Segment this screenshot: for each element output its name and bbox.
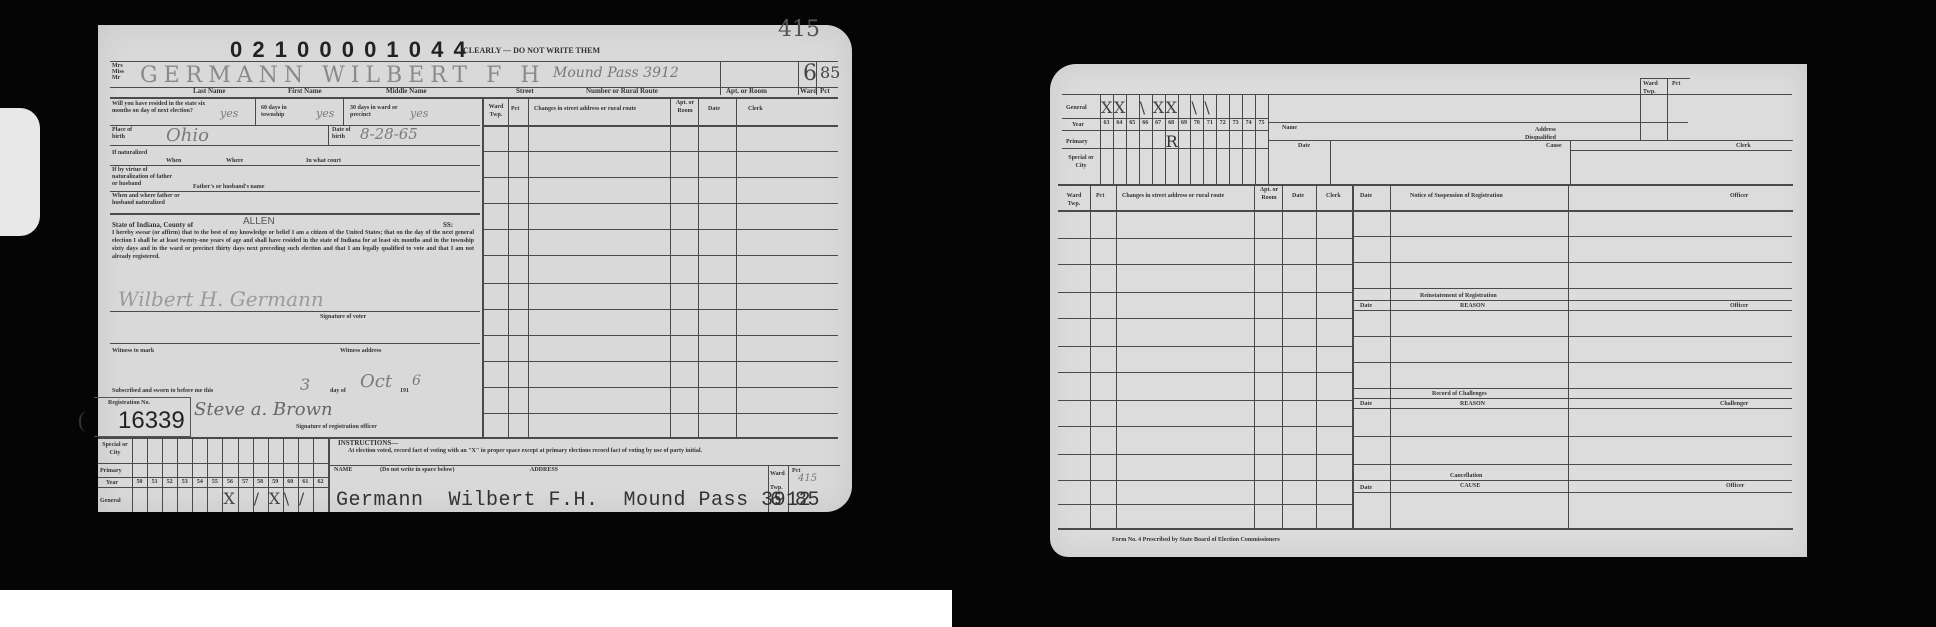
challenges-date: Date xyxy=(1360,400,1372,408)
vote-mark: \ xyxy=(284,489,289,508)
year-label: 73 xyxy=(1229,120,1242,126)
back-ward-twp-label: Ward Twp. xyxy=(1643,80,1665,96)
vote-row-year: Year xyxy=(106,479,118,487)
corner-note: 415 xyxy=(778,17,820,42)
voter-signature-label: Signature of voter xyxy=(320,313,366,321)
witness-address-label: Witness address xyxy=(340,347,381,355)
year-label: 50 xyxy=(132,479,147,485)
year-label: 60 xyxy=(283,479,298,485)
residency-q1-answer: yes xyxy=(220,107,238,120)
sworn-day: 3 xyxy=(300,375,310,394)
pct-handwritten: 85 xyxy=(820,63,840,82)
back-row-primary: Primary xyxy=(1066,138,1088,146)
name-handwritten: GERMANN WILBERT F H xyxy=(140,63,546,88)
year-label: 68 xyxy=(1165,120,1178,126)
residency-q3-label: 30 days in ward or precinct xyxy=(350,105,410,119)
vote-mark: \ xyxy=(1204,98,1209,117)
naturalized-court: In what court xyxy=(306,157,341,165)
year-label: 52 xyxy=(162,479,177,485)
registration-no-label: Registration No. xyxy=(108,399,150,407)
naturalized-when: When xyxy=(166,157,181,165)
sworn-month: Oct xyxy=(360,371,392,392)
title-labels: MrsMissMr xyxy=(112,63,124,81)
year-label: 65 xyxy=(1126,120,1139,126)
year-label: 55 xyxy=(207,479,222,485)
back-change-address: Changes in street address or rural route xyxy=(1122,192,1224,200)
vote-mark: X xyxy=(269,489,280,508)
reinstatement-date: Date xyxy=(1360,302,1372,310)
year-label: 51 xyxy=(147,479,162,485)
white-panel-bottom xyxy=(0,590,952,627)
cancellation-cause: CAUSE xyxy=(1460,482,1480,490)
back-name-label: Name xyxy=(1282,124,1297,132)
officer-signature: Steve a. Brown xyxy=(194,399,333,420)
back-date-label: Date xyxy=(1298,142,1310,150)
reinstatement-reason: REASON xyxy=(1460,302,1485,310)
year-label: 67 xyxy=(1152,120,1165,126)
change-header-pct: Pct xyxy=(511,105,519,113)
instructions-text: At election voted, record fact of voting… xyxy=(348,447,778,455)
back-change-ward: Ward Twp. xyxy=(1062,192,1086,208)
grid-divider xyxy=(1126,94,1127,184)
back-change-date: Date xyxy=(1292,192,1304,200)
col-apt: Apt. or Room xyxy=(726,87,767,95)
challenges-challenger: Challenger xyxy=(1720,400,1748,408)
vote-row-special: Special or City xyxy=(100,441,130,457)
grid-divider xyxy=(1229,94,1230,184)
year-label: 66 xyxy=(1139,120,1152,126)
vote-mark: \ xyxy=(1140,98,1145,117)
vote-mark: / xyxy=(299,489,304,508)
vote-row-primary: Primary xyxy=(100,467,122,475)
challenges-title: Record of Challenges xyxy=(1432,390,1487,398)
when-where-label: When and where father or husband natural… xyxy=(112,193,182,207)
grid-divider xyxy=(313,437,314,512)
year-label: 71 xyxy=(1203,120,1216,126)
residency-q3-answer: yes xyxy=(410,107,428,120)
back-pct-label: Pct xyxy=(1672,80,1680,88)
grid-divider xyxy=(192,437,193,512)
year-label: 57 xyxy=(238,479,253,485)
year-label: 69 xyxy=(1178,120,1191,126)
grid-divider xyxy=(1216,94,1217,184)
col-middle-name: Middle Name xyxy=(386,87,427,95)
address-handwritten: Mound Pass 3912 xyxy=(553,65,679,81)
vote-mark: / xyxy=(254,489,259,508)
ward-handwritten: 6 xyxy=(803,61,817,86)
serial-number: 0 2 1 0 0 0 0 1 0 4 4 xyxy=(230,37,468,63)
back-row-general: General xyxy=(1066,104,1087,112)
cancellation-officer: Officer xyxy=(1726,482,1744,490)
grid-divider xyxy=(207,437,208,512)
vote-mark: \ xyxy=(1191,98,1196,117)
change-header-address: Changes in street address or rural route xyxy=(534,105,636,113)
bottom-pct-handwritten: 415 xyxy=(798,473,817,484)
grid-divider xyxy=(1242,94,1243,184)
cancellation-date: Date xyxy=(1360,484,1372,492)
form-footer: Form No. 4 Prescribed by State Board of … xyxy=(1112,536,1280,544)
back-address-label: Address xyxy=(1535,126,1556,134)
dob: 8-28-65 xyxy=(360,125,418,143)
father-name-label: Father's or husband's name xyxy=(193,183,264,191)
year-suffix: 6 xyxy=(412,373,421,389)
place-of-birth-label: Place of birth xyxy=(112,127,142,141)
registration-card-front: 0 2 1 0 0 0 0 1 0 4 4 CLEARLY — DO NOT W… xyxy=(98,25,852,512)
change-header-ward: Ward Twp. xyxy=(486,103,506,119)
back-change-pct: Pct xyxy=(1096,192,1104,200)
cancellation-title: Cancellation xyxy=(1450,472,1482,480)
col-number: Number or Rural Route xyxy=(586,87,658,95)
registration-box: Registration No. 16339 xyxy=(94,397,191,437)
year-prefix: 191 xyxy=(400,387,409,395)
residency-q2-label: 60 days in township xyxy=(261,105,311,119)
grid-divider xyxy=(162,437,163,512)
back-vote-grid: 63X64X6566\67X68XR6970\71\72737475 xyxy=(1100,94,1268,184)
suspension-officer: Officer xyxy=(1730,192,1748,200)
voter-signature: Wilbert H. Germann xyxy=(118,287,324,311)
reinstatement-title: Reinstatement of Registration xyxy=(1420,292,1497,300)
instructions-title: INSTRUCTIONS— xyxy=(338,439,398,447)
front-vote-grid: 50515253545556X5758/59X60\61/62 xyxy=(132,437,328,512)
typed-name-address: Germann Wilbert F.H. Mound Pass 3912 xyxy=(336,489,811,512)
vote-row-general: General xyxy=(100,497,121,505)
year-label: 63 xyxy=(1100,120,1113,126)
bottom-address-label: ADDRESS xyxy=(530,466,558,474)
col-street: Street xyxy=(516,87,534,95)
residency-q1-label: Will you have resided in the state six m… xyxy=(112,101,212,115)
change-header-date: Date xyxy=(708,105,720,113)
year-label: 59 xyxy=(268,479,283,485)
challenges-reason: REASON xyxy=(1460,400,1485,408)
county: ALLEN xyxy=(243,216,275,227)
place-of-birth: Ohio xyxy=(166,125,209,146)
bottom-name-label: NAME xyxy=(334,466,352,474)
dob-label: Date of birth xyxy=(332,127,358,141)
oath-ss: SS: xyxy=(443,221,453,229)
grid-divider xyxy=(238,437,239,512)
naturalized-label: If naturalized xyxy=(112,149,147,157)
oath-state: State of Indiana, County of xyxy=(112,221,193,229)
change-header-clerk: Clerk xyxy=(748,105,763,113)
year-label: 62 xyxy=(313,479,328,485)
col-pct: Pct xyxy=(820,87,830,95)
vote-mark: X xyxy=(223,489,234,508)
year-label: 75 xyxy=(1255,120,1268,126)
suspension-date: Date xyxy=(1360,192,1372,200)
grid-divider xyxy=(1255,94,1256,184)
col-first-name: First Name xyxy=(288,87,322,95)
witness-label: Witness to mark xyxy=(112,347,154,355)
year-label: 56 xyxy=(222,479,237,485)
grid-divider xyxy=(177,437,178,512)
year-label: 72 xyxy=(1216,120,1229,126)
naturalized-where: Where xyxy=(226,157,243,165)
sworn-label: Subscribed and sworn to before me this xyxy=(112,387,213,395)
day-of-label: day of xyxy=(330,387,346,395)
year-label: 53 xyxy=(177,479,192,485)
punch-hole-mark: ( xyxy=(78,407,85,433)
scan-artifact-left xyxy=(0,108,40,236)
vote-mark: X xyxy=(1114,98,1125,117)
father-label: If by virtue of naturalization of father… xyxy=(112,167,172,188)
change-header-apt: Apt. or Room xyxy=(674,99,696,115)
vote-mark: X xyxy=(1166,98,1177,117)
header-notice: CLEARLY — DO NOT WRITE THEM xyxy=(463,47,600,55)
officer-signature-label: Signature of registration officer xyxy=(296,423,377,431)
vote-mark: X xyxy=(1153,98,1164,117)
year-label: 70 xyxy=(1190,120,1203,126)
reinstatement-officer: Officer xyxy=(1730,302,1748,310)
typed-ward-pct: 6 85 xyxy=(770,489,820,512)
back-row-year: Year xyxy=(1072,121,1084,129)
back-cause-label: Cause xyxy=(1546,142,1562,150)
residency-q2-answer: yes xyxy=(316,107,334,120)
oath-text: I hereby swear (or affirm) that to the b… xyxy=(112,229,474,261)
col-ward: Ward xyxy=(800,87,817,95)
year-label: 54 xyxy=(192,479,207,485)
vote-mark: X xyxy=(1101,98,1112,117)
grid-divider xyxy=(147,437,148,512)
back-change-apt: Apt. or Room xyxy=(1258,186,1280,202)
back-clerk-label: Clerk xyxy=(1736,142,1751,150)
registration-card-back: 63X64X6566\67X68XR6970\71\72737475 Gener… xyxy=(1050,64,1807,557)
year-label: 64 xyxy=(1113,120,1126,126)
grid-divider xyxy=(132,437,133,512)
year-label: 61 xyxy=(298,479,313,485)
back-change-clerk: Clerk xyxy=(1326,192,1341,200)
year-label: 74 xyxy=(1242,120,1255,126)
year-label: 58 xyxy=(253,479,268,485)
grid-divider xyxy=(1178,94,1179,184)
back-row-special: Special or City xyxy=(1066,154,1096,170)
bottom-nowrite-label: (Do not write in space below) xyxy=(380,466,455,474)
col-last-name: Last Name xyxy=(193,87,225,95)
suspension-title: Notice of Suspension of Registration xyxy=(1410,192,1503,200)
registration-no: 16339 xyxy=(118,407,185,435)
